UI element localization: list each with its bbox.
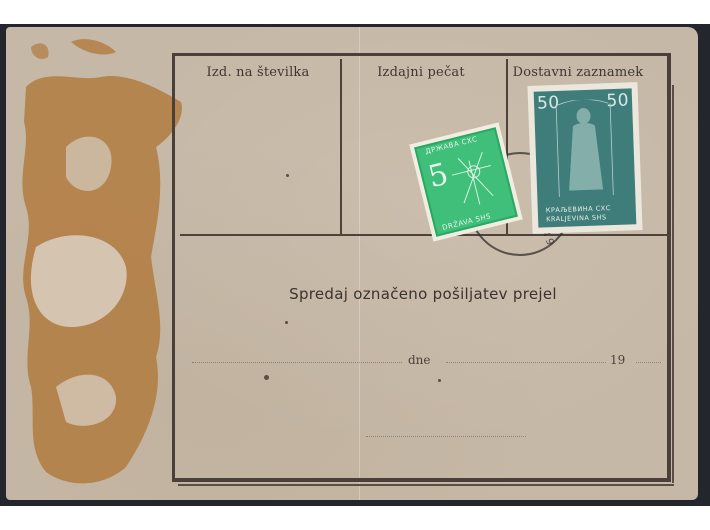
paper-speck	[285, 321, 288, 324]
allegorical-woman-figure-icon	[554, 99, 615, 199]
paper-speck	[438, 379, 441, 382]
form-right-double-rule	[672, 85, 674, 483]
year-dotted-line	[636, 362, 661, 363]
header-issue-number: Izd. na številka	[207, 65, 310, 80]
date-label: dne	[408, 353, 431, 367]
header-row-divider	[180, 234, 670, 236]
chain-breaker-figure-icon	[437, 144, 510, 217]
stamp-50-teal: 50 50 КРАЉЕВИНА СХС KRALJEVINA SHS	[527, 82, 642, 234]
header-issue-stamp: Izdajni pečat	[377, 65, 465, 80]
paper-speck	[286, 174, 289, 177]
bottom-dotted-line	[366, 436, 526, 437]
stamp-bottom-inscription: DRŽAVA SHS	[441, 212, 491, 232]
form-bottom-double-rule	[178, 484, 674, 486]
receipt-statement: Spredaj označeno pošiljatev prejel	[289, 285, 557, 303]
header-delivery-note: Dostavni zaznamek	[513, 65, 644, 80]
signature-dotted-line	[192, 362, 402, 363]
date-dotted-line	[446, 362, 606, 363]
header-column-divider	[340, 59, 342, 235]
paper-speck	[264, 375, 269, 380]
stamp-inscription-latin: KRALJEVINA SHS	[546, 213, 607, 223]
year-label: 19	[610, 353, 625, 367]
